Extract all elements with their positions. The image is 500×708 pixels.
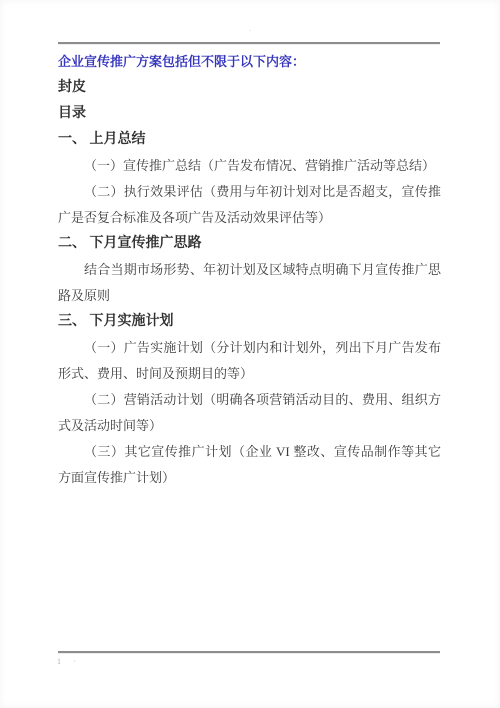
document-heading: 二、 下月宣传推广思路	[58, 231, 441, 257]
document-paragraph: （二）执行效果评估（费用与年初计划对比是否超支，宣传推广是否复合标准及各项广告及…	[58, 179, 441, 231]
document-paragraph: 企业宣传推广方案包括但不限于以下内容：	[58, 49, 441, 75]
document-paragraph: （二）营销活动计划（明确各项营销活动目的、费用、组织方式及活动时间等）	[58, 387, 441, 439]
document-heading: 封皮	[58, 75, 441, 101]
header-rule	[58, 42, 440, 45]
document-content: 企业宣传推广方案包括但不限于以下内容：封皮目录一、 上月总结（一）宣传推广总结（…	[58, 49, 441, 491]
document-paragraph: 结合当期市场形势、年初计划及区域特点明确下月宣传推广思路及原则	[58, 257, 441, 309]
page-number: 1 ·	[57, 657, 81, 667]
header-mark: ·	[0, 26, 500, 36]
document-heading: 一、 上月总结	[58, 127, 441, 153]
document-paragraph: （三）其它宣传推广计划（企业 VI 整改、宣传品制作等其它方面宣传推广计划）	[58, 439, 441, 491]
document-heading: 目录	[58, 101, 441, 127]
document-page: · 企业宣传推广方案包括但不限于以下内容：封皮目录一、 上月总结（一）宣传推广总…	[0, 0, 500, 708]
document-paragraph: （一）宣传推广总结（广告发布情况、营销推广活动等总结）	[58, 153, 441, 179]
document-paragraph: （一）广告实施计划（分计划内和计划外，列出下月广告发布形式、费用、时间及预期目的…	[58, 335, 441, 387]
footer-rule	[58, 651, 440, 654]
document-heading: 三、 下月实施计划	[58, 309, 441, 335]
